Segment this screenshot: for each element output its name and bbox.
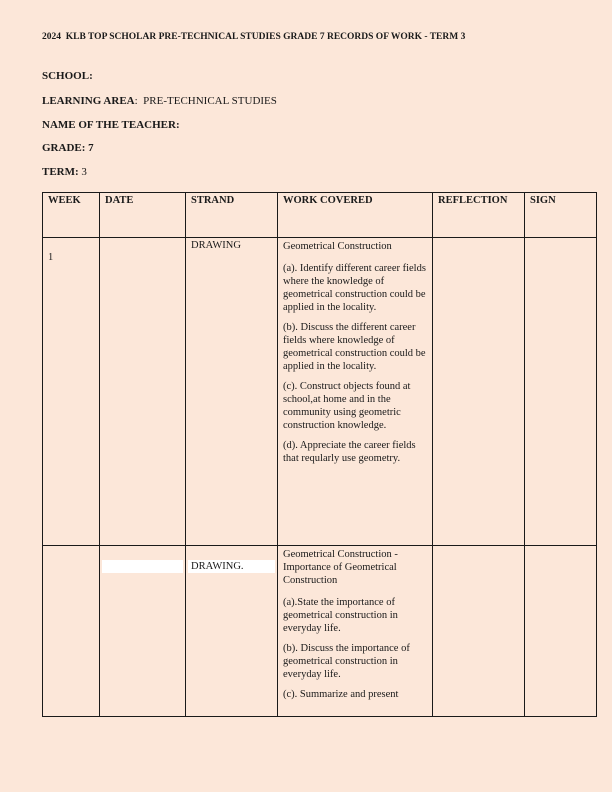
- learning-area-field: LEARNING AREA: PRE-TECHNICAL STUDIES: [42, 95, 277, 107]
- teacher-label: NAME OF THE TEACHER:: [42, 119, 180, 131]
- table-row: DRAWING. Geometrical Construction - Impo…: [43, 546, 597, 717]
- work-item: (a).State the importance of geometrical …: [283, 596, 427, 635]
- work-item: (b). Discuss the importance of geometric…: [283, 642, 427, 681]
- term-label: TERM:: [42, 166, 79, 178]
- grade-field: GRADE: 7: [42, 142, 94, 154]
- records-of-work-table: WEEK DATE STRAND WORK COVERED REFLECTION…: [42, 192, 597, 717]
- strand-cell: DRAWING.: [186, 546, 278, 717]
- week-cell: 1: [43, 238, 100, 546]
- header-sign: SIGN: [525, 193, 597, 238]
- learning-area-value: : PRE-TECHNICAL STUDIES: [135, 95, 277, 107]
- document-title: 2024 KLB TOP SCHOLAR PRE-TECHNICAL STUDI…: [42, 32, 465, 42]
- header-week: WEEK: [43, 193, 100, 238]
- strand-value: DRAWING.: [188, 560, 275, 573]
- work-item: (c). Summarize and present: [283, 688, 427, 701]
- header-reflection: REFLECTION: [433, 193, 525, 238]
- work-item: (d). Appreciate the career fields that r…: [283, 439, 427, 465]
- school-field: SCHOOL:: [42, 70, 93, 82]
- date-value: [102, 560, 183, 573]
- work-topic: Geometrical Construction: [283, 240, 427, 253]
- header-date: DATE: [100, 193, 186, 238]
- school-label: SCHOOL:: [42, 70, 93, 82]
- learning-area-label: LEARNING AREA: [42, 95, 135, 107]
- strand-cell: DRAWING: [186, 238, 278, 546]
- work-covered-cell: Geometrical Construction (a). Identify d…: [278, 238, 433, 546]
- header-work-covered: WORK COVERED: [278, 193, 433, 238]
- date-cell: [100, 238, 186, 546]
- table-row: 1 DRAWING Geometrical Construction (a). …: [43, 238, 597, 546]
- work-item: (a). Identify different career fields wh…: [283, 262, 427, 314]
- date-cell: [100, 546, 186, 717]
- header-strand: STRAND: [186, 193, 278, 238]
- term-field: TERM: 3: [42, 166, 87, 178]
- table-header-row: WEEK DATE STRAND WORK COVERED REFLECTION…: [43, 193, 597, 238]
- term-value: 3: [79, 166, 87, 178]
- week-cell: [43, 546, 100, 717]
- sign-cell: [525, 546, 597, 717]
- grade-label: GRADE: 7: [42, 142, 94, 154]
- teacher-field: NAME OF THE TEACHER:: [42, 119, 180, 131]
- sign-cell: [525, 238, 597, 546]
- reflection-cell: [433, 546, 525, 717]
- work-item: (c). Construct objects found at school,a…: [283, 380, 427, 432]
- reflection-cell: [433, 238, 525, 546]
- work-item: (b). Discuss the different career fields…: [283, 321, 427, 373]
- work-topic: Geometrical Construction - Importance of…: [283, 548, 427, 587]
- week-number: 1: [48, 252, 94, 263]
- work-covered-cell: Geometrical Construction - Importance of…: [278, 546, 433, 717]
